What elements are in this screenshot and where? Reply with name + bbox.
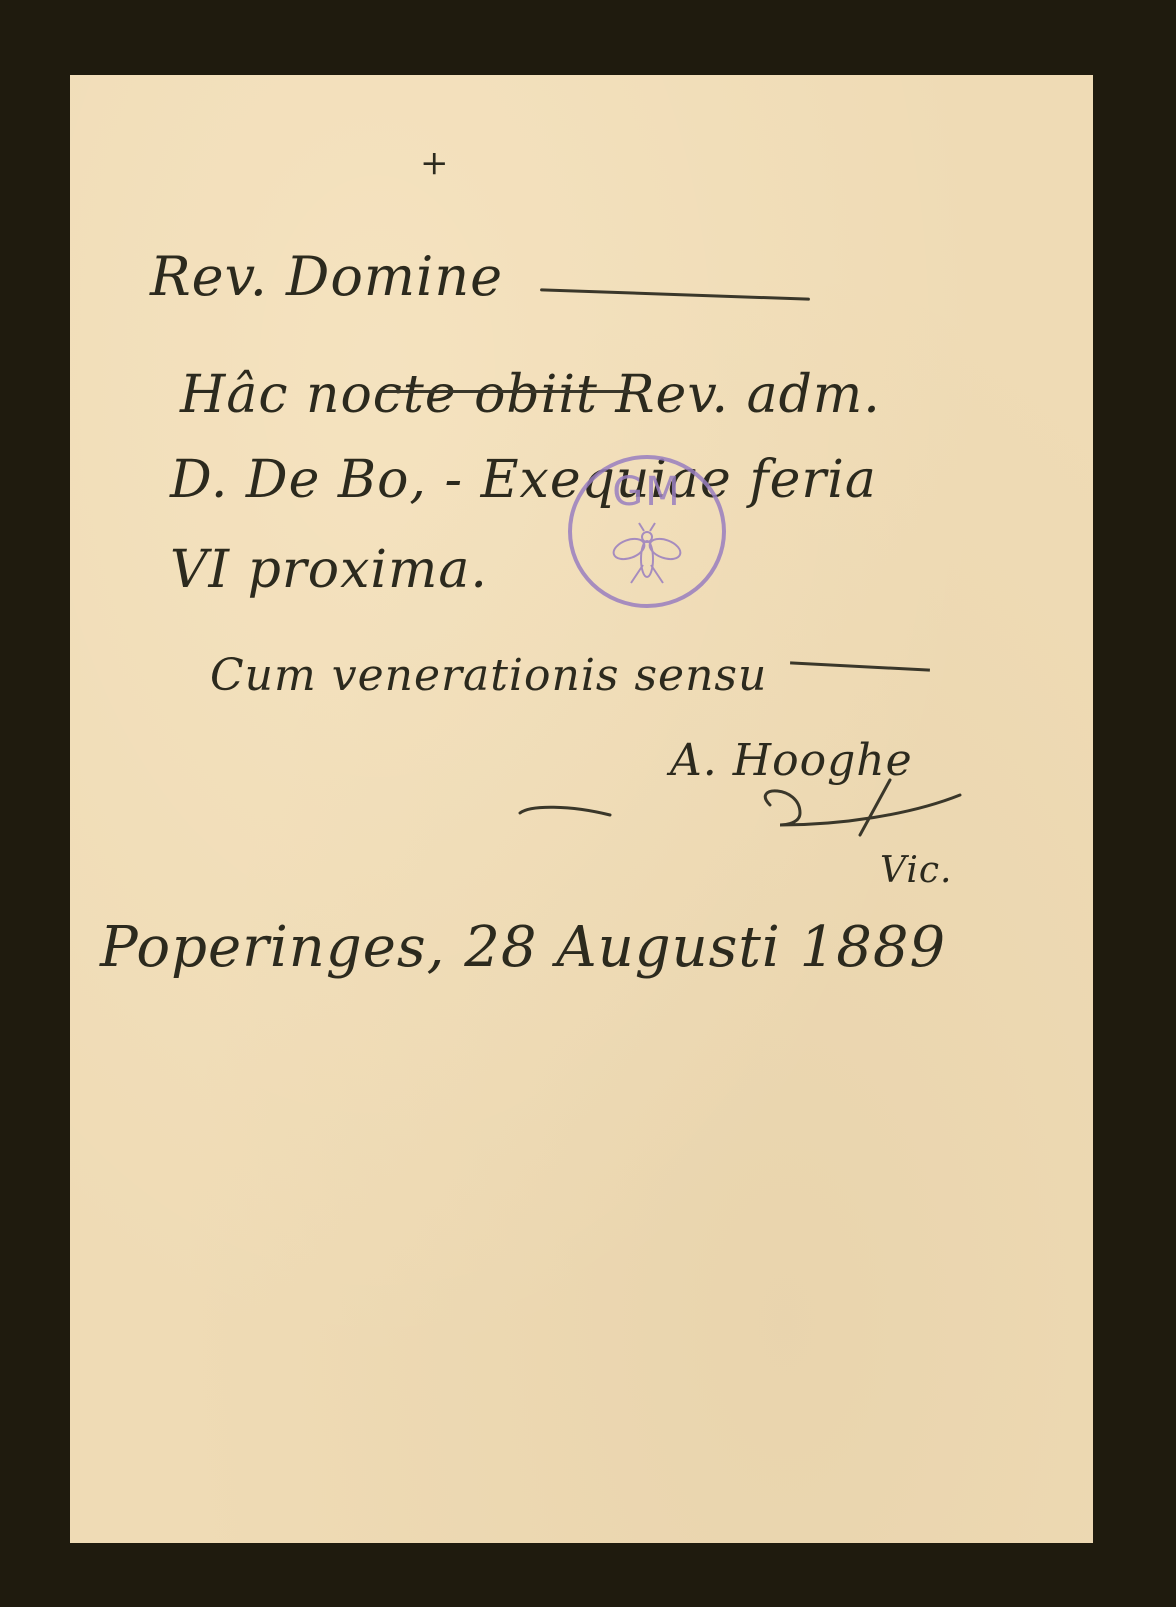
document-card: + Rev. Domine Hâc nocte obiit Rev. adm. …: [70, 75, 1093, 1543]
body-line-3: VI proxima.: [170, 540, 488, 600]
dateline: Poperinges, 28 Augusti 1889: [100, 915, 946, 980]
cross-mark: +: [420, 143, 450, 183]
ink-stamp: GM: [568, 455, 726, 608]
closing-line: Cum venerationis sensu: [210, 650, 767, 701]
bee-icon: [607, 521, 687, 591]
signature-flourish: [510, 775, 1010, 855]
closing-flourish: [790, 661, 930, 671]
body-line-2: D. De Bo, - Exequiae feria: [170, 450, 877, 510]
stamp-monogram: GM: [572, 469, 722, 515]
salutation-flourish: [540, 288, 810, 300]
salutation: Rev. Domine: [150, 245, 503, 308]
signature-title: Vic.: [880, 850, 952, 891]
body-line-1: Hâc nocte obiit Rev. adm.: [180, 365, 881, 425]
overline-stroke: [380, 390, 630, 393]
